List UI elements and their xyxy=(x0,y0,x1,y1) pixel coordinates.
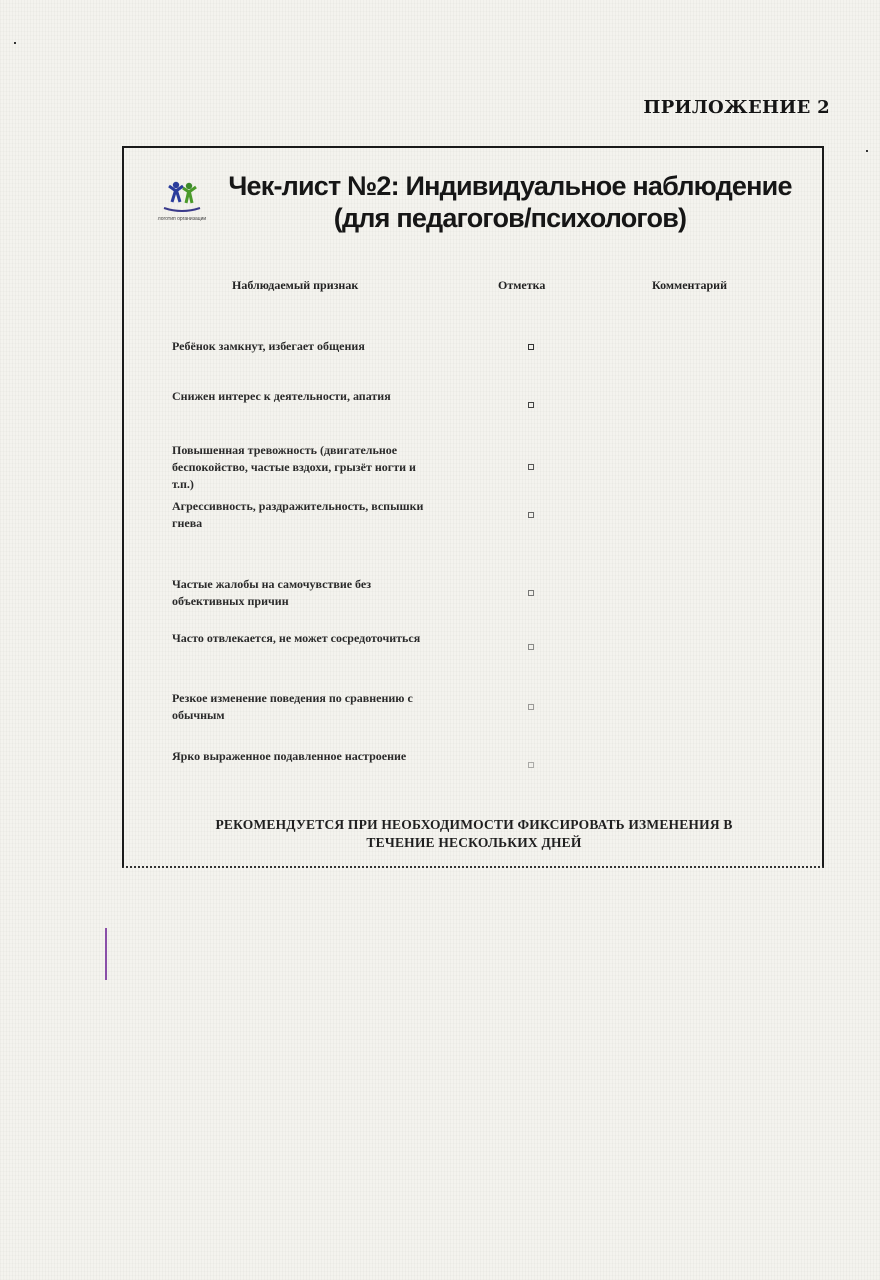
note-line-1: РЕКОМЕНДУЕТСЯ ПРИ НЕОБХОДИМОСТИ ФИКСИРОВ… xyxy=(164,816,784,834)
checklist-frame: логотип организации Чек-лист №2: Индивид… xyxy=(122,146,824,868)
mark-checkbox[interactable] xyxy=(528,464,534,470)
column-header-mark: Отметка xyxy=(498,278,545,293)
title-line-2: (для педагогов/психологов) xyxy=(220,202,800,234)
checklist-row: Резкое изменение поведения по сравнению … xyxy=(172,690,622,724)
checklist-row: Ребёнок замкнут, избегает общения xyxy=(172,338,622,355)
checklist-row: Частые жалобы на самочувствие без объект… xyxy=(172,576,622,610)
checklist-row: Агрессивность, раздражительность, вспышк… xyxy=(172,498,622,532)
appendix-label: ПРИЛОЖЕНИЕ 2 xyxy=(643,97,830,118)
checklist-row: Повышенная тревожность (двигательное бес… xyxy=(172,442,622,493)
sign-label: Агрессивность, раздражительность, вспышк… xyxy=(172,498,434,532)
sign-label: Ребёнок замкнут, избегает общения xyxy=(172,338,434,355)
checklist-row: Часто отвлекается, не может сосредоточит… xyxy=(172,630,622,647)
checklist-row: Снижен интерес к деятельности, апатия xyxy=(172,388,622,405)
checklist-title: Чек-лист №2: Индивидуальное наблюдение (… xyxy=(220,170,800,234)
logo-caption: логотип организации xyxy=(142,216,222,222)
note-line-2: ТЕЧЕНИЕ НЕСКОЛЬКИХ ДНЕЙ xyxy=(164,834,784,852)
pen-mark xyxy=(105,928,107,980)
column-header-sign: Наблюдаемый признак xyxy=(232,278,358,293)
mark-checkbox[interactable] xyxy=(528,704,534,710)
mark-checkbox[interactable] xyxy=(528,762,534,768)
mark-checkbox[interactable] xyxy=(528,344,534,350)
column-header-comment: Комментарий xyxy=(652,278,727,293)
sign-label: Частые жалобы на самочувствие без объект… xyxy=(172,576,434,610)
sign-label: Часто отвлекается, не может сосредоточит… xyxy=(172,630,434,647)
mark-checkbox[interactable] xyxy=(528,590,534,596)
children-logo-icon xyxy=(142,176,222,216)
sign-label: Резкое изменение поведения по сравнению … xyxy=(172,690,434,724)
sign-label: Повышенная тревожность (двигательное бес… xyxy=(172,442,434,493)
mark-checkbox[interactable] xyxy=(528,512,534,518)
mark-checkbox[interactable] xyxy=(528,644,534,650)
organization-logo: логотип организации xyxy=(142,176,222,226)
mark-checkbox[interactable] xyxy=(528,402,534,408)
recommendation-note: РЕКОМЕНДУЕТСЯ ПРИ НЕОБХОДИМОСТИ ФИКСИРОВ… xyxy=(164,816,784,852)
sign-label: Снижен интерес к деятельности, апатия xyxy=(172,388,434,405)
title-line-1: Чек-лист №2: Индивидуальное наблюдение xyxy=(220,170,800,202)
checklist-row: Ярко выраженное подавленное настроение xyxy=(172,748,622,765)
dust-speck xyxy=(14,42,16,44)
dust-speck xyxy=(866,150,868,152)
sign-label: Ярко выраженное подавленное настроение xyxy=(172,748,434,765)
